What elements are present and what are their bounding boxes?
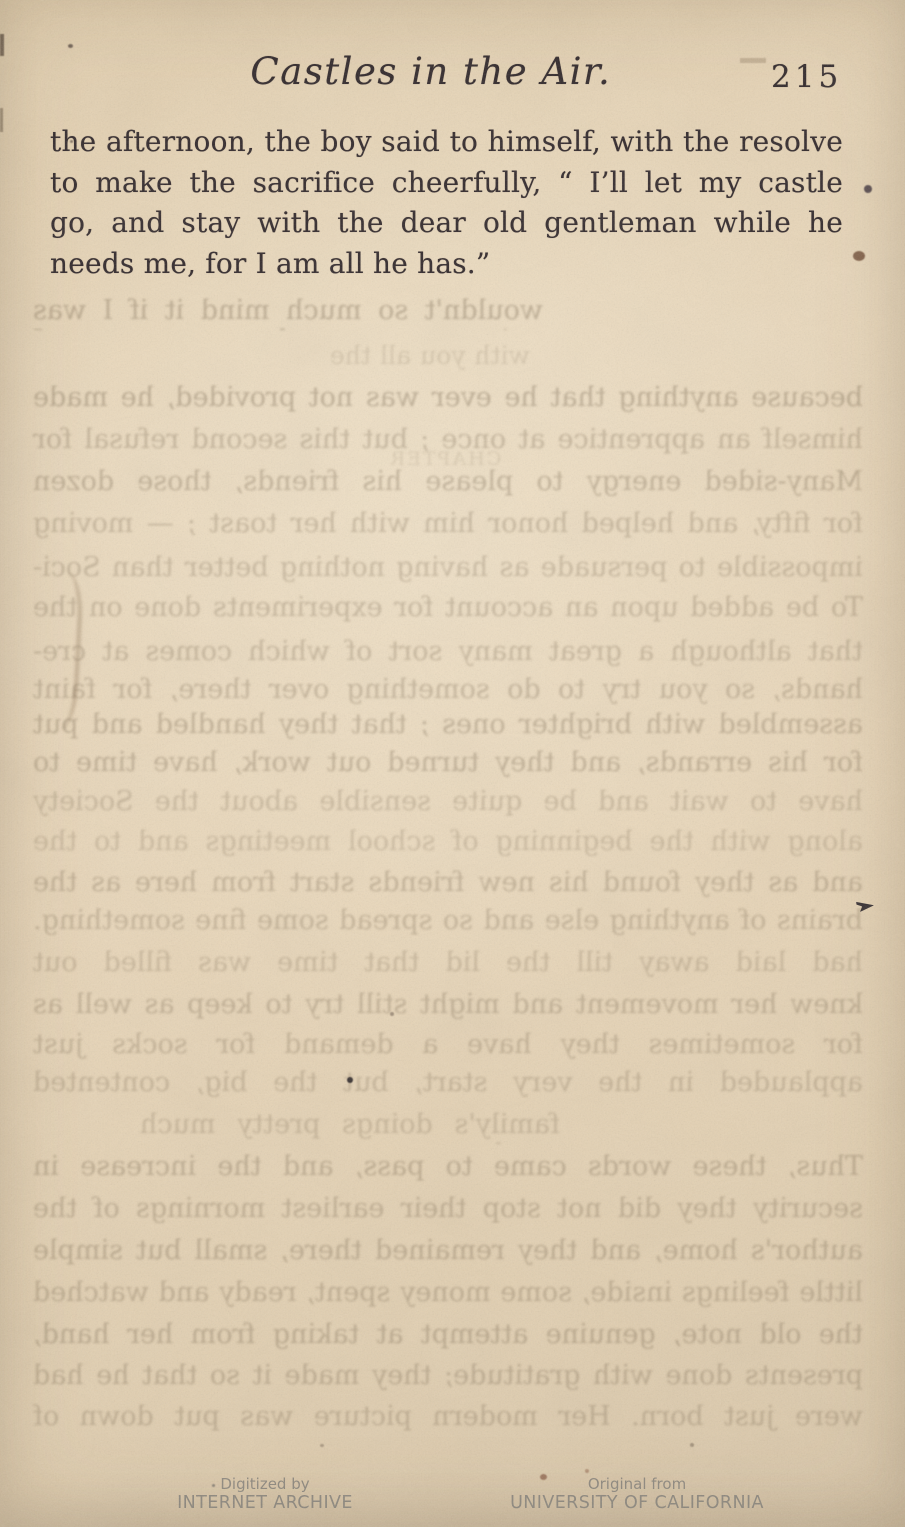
ghost-bleedthrough-line: have to wait and be quite sensible about… — [33, 787, 863, 821]
ghost-bleedthrough-line: little feelings inside, some money spent… — [33, 1278, 863, 1312]
stamp-line: Digitized by — [115, 1476, 415, 1493]
paragraph-line: go, and stay with the dear old gentleman… — [50, 203, 843, 244]
stamp-line: Original from — [487, 1476, 787, 1493]
ghost-bleedthrough-line: author's home, and they remained there, … — [33, 1236, 863, 1270]
ghost-bleedthrough-line: impossible to persuade as having nothing… — [33, 553, 863, 587]
ghost-bleedthrough-line: family's doings pretty much good. — [140, 1110, 560, 1144]
ghost-bleedthrough-line: for fifty, and helped honor him with her… — [33, 509, 863, 543]
original-from-stamp: Original from UNIVERSITY OF CALIFORNIA — [487, 1476, 787, 1513]
ghost-bleedthrough-line: Many-sided energy to please his friends,… — [33, 467, 863, 501]
paragraph-line: to make the sacrifice cheerfully, “ I’ll… — [50, 163, 843, 204]
ghost-bleedthrough-line: presents done with gratitude; they made … — [33, 1361, 863, 1395]
paragraph: the afternoon, the boy said to himself, … — [50, 122, 843, 284]
ghost-bleedthrough-line: Thus, these words came to pass, and the … — [33, 1152, 863, 1186]
ghost-bleedthrough-line: himself an apprentice at once ; but this… — [33, 425, 863, 459]
book-page-scan: wouldn't so much mind it if I was going … — [0, 0, 905, 1527]
page-number: 215 — [771, 59, 842, 95]
ghost-bleedthrough-line: applauded in the very start, but the big… — [33, 1068, 863, 1102]
paragraph-line: the afternoon, the boy said to himself, … — [50, 122, 843, 163]
digitized-by-stamp: Digitized by INTERNET ARCHIVE — [115, 1476, 415, 1513]
ghost-bleedthrough-line: for sometimes they have a demand for soc… — [33, 1030, 863, 1064]
ghost-bleedthrough-line: the old note, genuine attempt at taking … — [33, 1320, 863, 1354]
ghost-bleedthrough-line: along with the beginning of school meeti… — [33, 827, 863, 861]
ghost-bleedthrough-line: because anything that he ever was not pr… — [33, 383, 863, 417]
stamp-line: INTERNET ARCHIVE — [115, 1494, 415, 1513]
ghost-bleedthrough-line: and as they found his new friends start … — [33, 868, 863, 902]
ghost-bleedthrough-line: hands, so you try to do something over t… — [33, 675, 863, 709]
ghost-bleedthrough-line: for his errands, and they turned out wor… — [33, 748, 863, 782]
stamp-line: UNIVERSITY OF CALIFORNIA — [487, 1494, 787, 1513]
ghost-bleedthrough-line: with you all the while. — [330, 341, 530, 375]
ghost-bleedthrough-line: had laid away till the lid that time was… — [33, 948, 863, 982]
ghost-bleedthrough-line: CHAPTER XV. — [380, 444, 510, 478]
ghost-bleedthrough-line: To be added upon an account for experime… — [33, 593, 863, 627]
paragraph-line: needs me, for I am all he has.” — [50, 244, 843, 285]
ghost-bleedthrough-line: knew her movement and might still try to… — [33, 990, 863, 1024]
ghost-bleedthrough-line: brains of anything else and so spread so… — [33, 906, 863, 940]
ghost-bleedthrough-line: were just born. Her modern picture was p… — [33, 1402, 863, 1436]
ghost-bleedthrough-line: security they did not stop their earlies… — [33, 1194, 863, 1228]
ghost-bleedthrough-line: assembled with brighter ones ; that they… — [33, 710, 863, 744]
ghost-bleedthrough-line: wouldn't so much mind it if I was going … — [33, 296, 543, 330]
running-head-title: Castles in the Air. — [250, 50, 611, 93]
ghost-bleedthrough-line: that although a great many sort of which… — [33, 637, 863, 671]
